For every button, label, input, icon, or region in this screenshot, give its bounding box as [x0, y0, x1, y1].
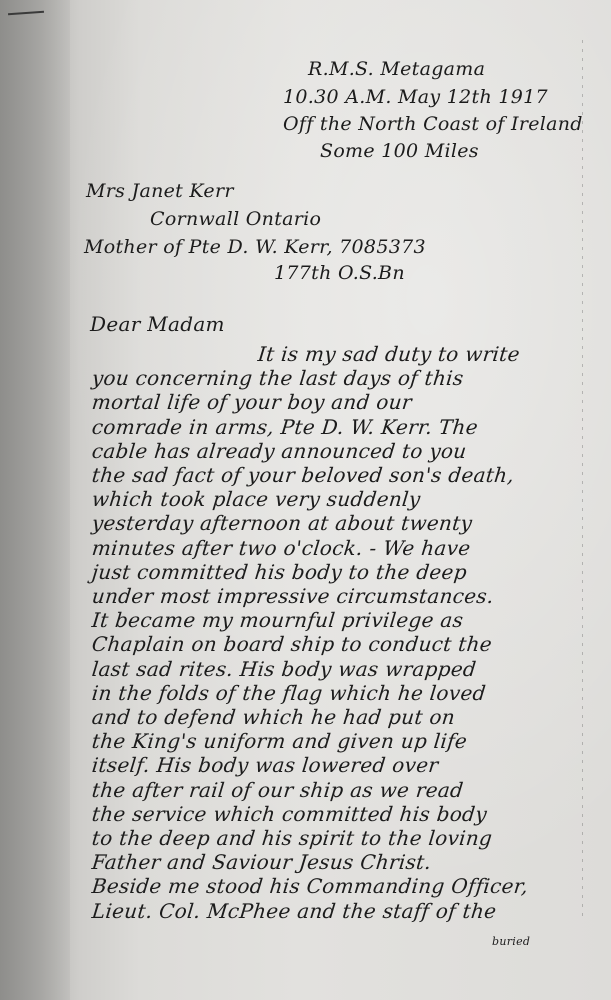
body-line: last sad rites. His body was wrapped [91, 657, 478, 681]
body-line: minutes after two o'clock. - We have [91, 536, 472, 560]
body-line: in the folds of the flag which he loved [91, 681, 487, 705]
body-line: comrade in arms, Pte D. W. Kerr. The [91, 415, 480, 439]
body-line: It is my sad duty to write [257, 342, 521, 366]
body-line: Chaplain on board ship to conduct the [91, 632, 494, 656]
body-line: Father and Saviour Jesus Christ. [91, 850, 433, 874]
body-line: Lieut. Col. McPhee and the staff of the [91, 899, 498, 923]
header-date-time: 10.30 A.M. May 12th 1917 [283, 86, 548, 108]
body-line: It became my mournful privilege as [91, 608, 465, 632]
body-line: which took place very suddenly [91, 487, 422, 511]
header-distance: Some 100 Miles [320, 140, 479, 162]
body-line: the sad fact of your beloved son's death… [91, 463, 516, 487]
page-shadow [0, 0, 70, 1000]
letter-page: R.M.S. Metagama 10.30 A.M. May 12th 1917… [0, 0, 611, 1000]
salutation: Dear Madam [90, 312, 225, 336]
insertion-note: buried [492, 935, 530, 948]
body-line: itself. His body was lowered over [91, 753, 440, 777]
body-line: and to defend which he had put on [91, 705, 457, 729]
header-location: Off the North Coast of Ireland [283, 113, 583, 135]
body-line: the service which committed his body [91, 802, 489, 826]
recipient-town: Cornwall Ontario [150, 208, 321, 230]
recipient-name: Mrs Janet Kerr [86, 180, 234, 202]
body-line: under most impressive circumstances. [91, 584, 495, 608]
body-line: cable has already announced to you [91, 439, 468, 463]
header-ship-name: R.M.S. Metagama [308, 58, 485, 80]
faint-margin-rule [582, 40, 583, 920]
body-line: mortal life of your boy and our [91, 390, 413, 414]
body-line: the King's uniform and given up life [91, 729, 469, 753]
recipient-relation: Mother of Pte D. W. Kerr, 7085373 [84, 236, 426, 258]
body-line: Beside me stood his Commanding Officer, [91, 874, 530, 898]
body-line: yesterday afternoon at about twenty [91, 511, 474, 535]
body-line: you concerning the last days of this [91, 366, 465, 390]
body-line: the after rail of our ship as we read [91, 778, 465, 802]
body-line: to the deep and his spirit to the loving [91, 826, 494, 850]
body-line: just committed his body to the deep [91, 560, 468, 584]
recipient-battalion: 177th O.S.Bn [274, 262, 405, 284]
